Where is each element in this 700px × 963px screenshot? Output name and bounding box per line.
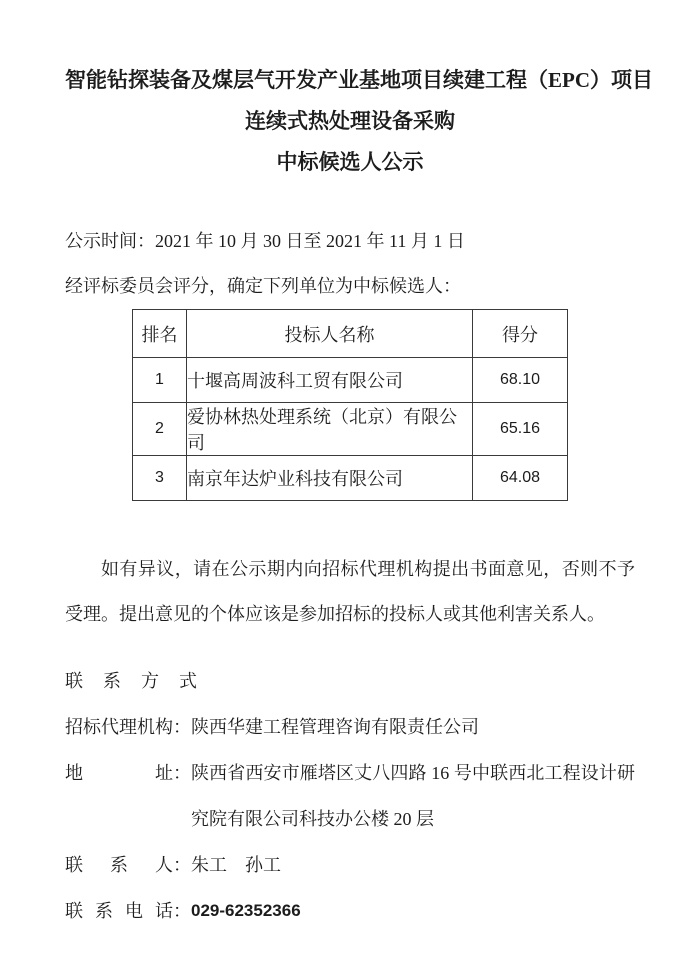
contact-phone-row: 联系电话：029-62352366 <box>65 888 635 934</box>
contact-section: 联系方式 招标代理机构：陕西华建工程管理咨询有限责任公司 地址：陕西省西安市雁塔… <box>65 658 635 934</box>
notice-block: 公示时间：2021 年 10 月 30 日至 2021 年 11 月 1 日 经… <box>65 219 635 309</box>
agency-colon: ： <box>173 704 191 750</box>
objection-line-1: 如有异议，请在公示期内向招标代理机构提出书面意见，否则不予 <box>65 547 635 592</box>
table-row: 2 爱协林热处理系统（北京）有限公司 65.16 <box>133 403 568 456</box>
contact-heading: 联系方式 <box>65 658 197 704</box>
objection-paragraph: 如有异议，请在公示期内向招标代理机构提出书面意见，否则不予 受理。提出意见的个体… <box>65 547 635 637</box>
phone-value: 029-62352366 <box>191 888 635 934</box>
address-line-1: 陕西省西安市雁塔区丈八四路 16 号中联西北工程设计研 <box>191 750 635 796</box>
publicity-period: 公示时间：2021 年 10 月 30 日至 2021 年 11 月 1 日 <box>65 219 635 264</box>
address-value: 陕西省西安市雁塔区丈八四路 16 号中联西北工程设计研究院有限公司科技办公楼 2… <box>191 750 635 842</box>
contact-address-row: 地址：陕西省西安市雁塔区丈八四路 16 号中联西北工程设计研究院有限公司科技办公… <box>65 750 635 842</box>
agency-label: 招标代理机构 <box>65 704 173 750</box>
table-row: 1 十堰高周波科工贸有限公司 68.10 <box>133 358 568 403</box>
address-colon: ： <box>173 750 191 842</box>
table-header-row: 排名 投标人名称 得分 <box>133 310 568 358</box>
rank-cell: 3 <box>133 456 187 501</box>
contact-person-row: 联系人：朱工 孙工 <box>65 842 635 888</box>
score-cell: 68.10 <box>473 358 568 403</box>
person-value: 朱工 孙工 <box>191 842 635 888</box>
document-title: 智能钻探装备及煤层气开发产业基地项目续建工程（EPC）项目 连续式热处理设备采购… <box>65 60 635 183</box>
header-bidder-name: 投标人名称 <box>187 310 473 358</box>
address-line-2: 究院有限公司科技办公楼 20 层 <box>191 796 635 842</box>
phone-label: 联系电话 <box>65 888 173 934</box>
table-row: 3 南京年达炉业科技有限公司 64.08 <box>133 456 568 501</box>
bidder-cell: 十堰高周波科工贸有限公司 <box>187 358 473 403</box>
bidder-cell: 爱协林热处理系统（北京）有限公司 <box>187 403 473 456</box>
objection-line-2: 受理。提出意见的个体应该是参加招标的投标人或其他利害关系人。 <box>65 592 635 637</box>
title-line-3: 中标候选人公示 <box>65 142 635 183</box>
rank-cell: 2 <box>133 403 187 456</box>
phone-colon: ： <box>173 888 191 934</box>
agency-value: 陕西华建工程管理咨询有限责任公司 <box>191 704 635 750</box>
score-cell: 65.16 <box>473 403 568 456</box>
header-rank: 排名 <box>133 310 187 358</box>
candidates-table: 排名 投标人名称 得分 1 十堰高周波科工贸有限公司 68.10 2 爱协林热处… <box>132 309 568 501</box>
score-cell: 64.08 <box>473 456 568 501</box>
title-line-1: 智能钻探装备及煤层气开发产业基地项目续建工程（EPC）项目 <box>65 60 635 101</box>
title-line-2: 连续式热处理设备采购 <box>65 101 635 142</box>
evaluation-statement: 经评标委员会评分，确定下列单位为中标候选人： <box>65 264 635 309</box>
contact-heading-row: 联系方式 <box>65 658 635 704</box>
person-colon: ： <box>173 842 191 888</box>
rank-cell: 1 <box>133 358 187 403</box>
person-label: 联系人 <box>65 842 173 888</box>
announcement-document: 智能钻探装备及煤层气开发产业基地项目续建工程（EPC）项目 连续式热处理设备采购… <box>0 0 700 934</box>
address-label: 地址 <box>65 750 173 842</box>
bidder-cell: 南京年达炉业科技有限公司 <box>187 456 473 501</box>
header-score: 得分 <box>473 310 568 358</box>
contact-agency-row: 招标代理机构：陕西华建工程管理咨询有限责任公司 <box>65 704 635 750</box>
